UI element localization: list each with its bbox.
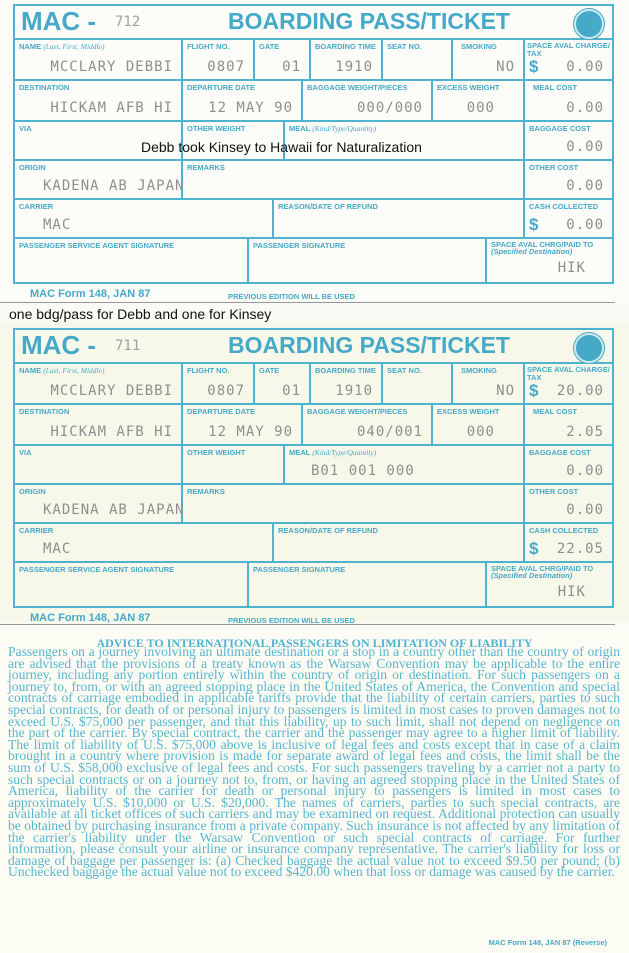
- gate-field: GATE 01: [255, 364, 311, 405]
- smoking-field: SMOKING NO: [453, 40, 525, 81]
- space-aval-charge-value: 0.00: [566, 59, 604, 75]
- ticket-title: BOARDING PASS/TICKET: [228, 332, 510, 359]
- excess-weight-value: 000: [467, 424, 495, 440]
- paid-to-field: SPACE AVAL CHRG/PAID TO(Specified Destin…: [487, 563, 612, 606]
- mac-label: MAC -: [21, 6, 96, 37]
- boarding-time-label: BOARDING TIME: [315, 366, 376, 375]
- seat-no-label: SEAT NO.: [387, 42, 422, 51]
- smoking-label: SMOKING: [461, 366, 497, 375]
- ticket-serial: 711: [115, 338, 140, 354]
- gate-label: GATE: [259, 366, 279, 375]
- baggage-weight-value: 000/000: [357, 100, 423, 116]
- via-label: VIA: [19, 124, 32, 133]
- meal-field: MEAL (Kind/Type/Quantity) B01 001 000: [285, 446, 525, 485]
- origin-value: KADENA AB JAPAN: [43, 178, 184, 194]
- baggage-cost-label: BAGGAGE COST: [529, 448, 591, 457]
- name-value: MCCLARY DEBBI: [50, 383, 173, 399]
- specified-destination-hint: (Specified Destination): [491, 247, 572, 256]
- form-number: MAC Form 148, JAN 87: [30, 288, 150, 300]
- paid-to-value: HIK: [558, 260, 586, 276]
- meal-cost-label: MEAL COST: [533, 83, 577, 92]
- carrier-field: CARRIER MAC: [15, 524, 274, 563]
- smoking-label: SMOKING: [461, 42, 497, 51]
- cash-collected-label: CASH COLLECTED: [529, 526, 598, 535]
- paid-to-value: HIK: [558, 584, 586, 600]
- other-cost-value: 0.00: [566, 502, 604, 518]
- meal-cost-label: MEAL COST: [533, 407, 577, 416]
- name-label: NAME: [19, 42, 41, 51]
- origin-field: ORIGIN KADENA AB JAPAN: [15, 161, 183, 200]
- baggage-cost-label: BAGGAGE COST: [529, 124, 591, 133]
- ticket-divider: [0, 624, 615, 625]
- space-aval-charge-field: SPACE AVAL CHARGE/TAX $ 0.00: [525, 40, 612, 81]
- baggage-cost-value: 0.00: [566, 139, 604, 155]
- advice-form-number: MAC Form 148, JAN 87 (Reverse): [489, 938, 607, 947]
- dollar-sign: $: [529, 57, 538, 77]
- agent-signature-field[interactable]: PASSENGER SERVICE AGENT SIGNATURE: [15, 563, 249, 606]
- departure-date-field: DEPARTURE DATE 12 MAY 90: [183, 81, 303, 122]
- gate-field: GATE 01: [255, 40, 311, 81]
- flight-no-field: FLIGHT NO. 0807: [183, 364, 255, 405]
- destination-value: HICKAM AFB HI: [50, 100, 173, 116]
- flight-no-label: FLIGHT NO.: [187, 42, 230, 51]
- meal-label: MEAL: [289, 124, 310, 133]
- boarding-time-value: 1910: [335, 383, 373, 399]
- agent-signature-field[interactable]: PASSENGER SERVICE AGENT SIGNATURE: [15, 239, 249, 282]
- passenger-signature-label: PASSENGER SIGNATURE: [253, 565, 345, 574]
- boarding-time-field: BOARDING TIME 1910: [311, 40, 383, 81]
- baggage-weight-label: BAGGAGE WEIGHT/PIECES: [307, 83, 407, 92]
- meal-cost-value: 2.05: [566, 424, 604, 440]
- origin-label: ORIGIN: [19, 163, 46, 172]
- gate-value: 01: [282, 59, 301, 75]
- gate-label: GATE: [259, 42, 279, 51]
- name-value: MCCLARY DEBBI: [50, 59, 173, 75]
- baggage-weight-field: BAGGAGE WEIGHT/PIECES 000/000: [303, 81, 433, 122]
- via-label: VIA: [19, 448, 32, 457]
- flight-no-label: FLIGHT NO.: [187, 366, 230, 375]
- other-cost-label: OTHER COST: [529, 487, 578, 496]
- mac-label: MAC -: [21, 330, 96, 361]
- ticket-header: MAC - 712 BOARDING PASS/TICKET: [15, 6, 612, 40]
- reason-refund-field: REASON/DATE OF REFUND: [274, 200, 525, 239]
- baggage-weight-value: 040/001: [357, 424, 423, 440]
- other-cost-field: OTHER COST 0.00: [525, 161, 612, 200]
- reason-refund-label: REASON/DATE OF REFUND: [278, 526, 378, 535]
- form-number: MAC Form 148, JAN 87: [30, 612, 150, 624]
- ticket-title: BOARDING PASS/TICKET: [228, 8, 510, 35]
- flight-no-field: FLIGHT NO. 0807: [183, 40, 255, 81]
- paid-to-field: SPACE AVAL CHRG/PAID TO(Specified Destin…: [487, 239, 612, 282]
- ticket-header: MAC - 711 BOARDING PASS/TICKET: [15, 330, 612, 364]
- mac-seal-icon: [574, 9, 604, 39]
- departure-date-label: DEPARTURE DATE: [187, 407, 255, 416]
- smoking-field: SMOKING NO: [453, 364, 525, 405]
- specified-destination-hint: (Specified Destination): [491, 571, 572, 580]
- destination-value: HICKAM AFB HI: [50, 424, 173, 440]
- excess-weight-field: EXCESS WEIGHT 000: [433, 81, 525, 122]
- dollar-sign: $: [529, 539, 538, 559]
- passenger-signature-field[interactable]: PASSENGER SIGNATURE: [249, 563, 487, 606]
- boarding-time-label: BOARDING TIME: [315, 42, 376, 51]
- carrier-value: MAC: [43, 217, 71, 233]
- excess-weight-value: 000: [467, 100, 495, 116]
- boarding-time-field: BOARDING TIME 1910: [311, 364, 383, 405]
- meal-cost-field: MEAL COST 0.00: [525, 81, 612, 122]
- remarks-field: REMARKS: [183, 161, 525, 200]
- baggage-cost-value: 0.00: [566, 463, 604, 479]
- boarding-time-value: 1910: [335, 59, 373, 75]
- excess-weight-label: EXCESS WEIGHT: [437, 83, 500, 92]
- name-hint: (Last, First, Middle): [43, 42, 104, 51]
- liability-advice-section: ADVICE TO INTERNATIONAL PASSENGERS ON LI…: [0, 628, 629, 953]
- excess-weight-field: EXCESS WEIGHT 000: [433, 405, 525, 446]
- reason-refund-label: REASON/DATE OF REFUND: [278, 202, 378, 211]
- flight-no-value: 0807: [207, 59, 245, 75]
- departure-date-field: DEPARTURE DATE 12 MAY 90: [183, 405, 303, 446]
- ticket-serial: 712: [115, 14, 140, 30]
- ticket-frame: MAC - 711 BOARDING PASS/TICKET NAME (Las…: [13, 328, 614, 608]
- dollar-sign: $: [529, 215, 538, 235]
- carrier-field: CARRIER MAC: [15, 200, 274, 239]
- remarks-label: REMARKS: [187, 163, 225, 172]
- other-cost-field: OTHER COST 0.00: [525, 485, 612, 524]
- origin-value: KADENA AB JAPAN: [43, 502, 184, 518]
- baggage-cost-field: BAGGAGE COST 0.00: [525, 446, 612, 485]
- gate-value: 01: [282, 383, 301, 399]
- departure-date-label: DEPARTURE DATE: [187, 83, 255, 92]
- other-cost-value: 0.00: [566, 178, 604, 194]
- meal-hint: (Kind/Type/Quantity): [312, 448, 376, 457]
- departure-date-value: 12 MAY 90: [208, 100, 293, 116]
- cash-collected-field: CASH COLLECTED $ 0.00: [525, 200, 612, 239]
- baggage-weight-field: BAGGAGE WEIGHT/PIECES 040/001: [303, 405, 433, 446]
- remarks-field: REMARKS: [183, 485, 525, 524]
- origin-field: ORIGIN KADENA AB JAPAN: [15, 485, 183, 524]
- meal-value: B01 001 000: [311, 463, 415, 479]
- cash-collected-value: 0.00: [566, 217, 604, 233]
- seat-no-field: SEAT NO.: [383, 40, 453, 81]
- seat-no-field: SEAT NO.: [383, 364, 453, 405]
- remarks-label: REMARKS: [187, 487, 225, 496]
- carrier-label: CARRIER: [19, 526, 53, 535]
- mac-seal-icon: [574, 333, 604, 363]
- flight-no-value: 0807: [207, 383, 245, 399]
- seat-no-label: SEAT NO.: [387, 366, 422, 375]
- meal-hint: (Kind/Type/Quantity): [312, 124, 376, 133]
- agent-signature-label: PASSENGER SERVICE AGENT SIGNATURE: [19, 241, 174, 250]
- annotation-note-top: Debb took Kinsey to Hawaii for Naturaliz…: [141, 139, 422, 155]
- departure-date-value: 12 MAY 90: [208, 424, 293, 440]
- space-aval-charge-field: SPACE AVAL CHARGE/TAX $ 20.00: [525, 364, 612, 405]
- name-hint: (Last, First, Middle): [43, 366, 104, 375]
- baggage-cost-field: BAGGAGE COST 0.00: [525, 122, 612, 161]
- cash-collected-field: CASH COLLECTED $ 22.05: [525, 524, 612, 563]
- reason-refund-field: REASON/DATE OF REFUND: [274, 524, 525, 563]
- other-weight-field: OTHER WEIGHT: [183, 446, 285, 485]
- passenger-signature-field[interactable]: PASSENGER SIGNATURE: [249, 239, 487, 282]
- origin-label: ORIGIN: [19, 487, 46, 496]
- baggage-weight-label: BAGGAGE WEIGHT/PIECES: [307, 407, 407, 416]
- agent-signature-label: PASSENGER SERVICE AGENT SIGNATURE: [19, 565, 174, 574]
- meal-cost-value: 0.00: [566, 100, 604, 116]
- excess-weight-label: EXCESS WEIGHT: [437, 407, 500, 416]
- destination-label: DESTINATION: [19, 407, 69, 416]
- destination-field: DESTINATION HICKAM AFB HI: [15, 405, 183, 446]
- meal-label: MEAL: [289, 448, 310, 457]
- dollar-sign: $: [529, 381, 538, 401]
- other-weight-label: OTHER WEIGHT: [187, 448, 245, 457]
- destination-label: DESTINATION: [19, 83, 69, 92]
- meal-cost-field: MEAL COST 2.05: [525, 405, 612, 446]
- name-field: NAME (Last, First, Middle) MCCLARY DEBBI: [15, 40, 183, 81]
- carrier-value: MAC: [43, 541, 71, 557]
- other-weight-label: OTHER WEIGHT: [187, 124, 245, 133]
- destination-field: DESTINATION HICKAM AFB HI: [15, 81, 183, 122]
- cash-collected-value: 22.05: [557, 541, 604, 557]
- other-cost-label: OTHER COST: [529, 163, 578, 172]
- annotation-note-middle: one bdg/pass for Debb and one for Kinsey: [9, 306, 271, 322]
- name-field: NAME (Last, First, Middle) MCCLARY DEBBI: [15, 364, 183, 405]
- previous-edition-note: PREVIOUS EDITION WILL BE USED: [228, 292, 355, 301]
- advice-body: Passengers on a journey involving an ult…: [8, 646, 620, 878]
- ticket-divider: [0, 302, 615, 303]
- passenger-signature-label: PASSENGER SIGNATURE: [253, 241, 345, 250]
- cash-collected-label: CASH COLLECTED: [529, 202, 598, 211]
- carrier-label: CARRIER: [19, 202, 53, 211]
- via-field: VIA: [15, 446, 183, 485]
- smoking-value: NO: [496, 59, 515, 75]
- boarding-pass-711: MAC - 711 BOARDING PASS/TICKET NAME (Las…: [0, 322, 629, 622]
- name-label: NAME: [19, 366, 41, 375]
- smoking-value: NO: [496, 383, 515, 399]
- space-aval-charge-value: 20.00: [557, 383, 604, 399]
